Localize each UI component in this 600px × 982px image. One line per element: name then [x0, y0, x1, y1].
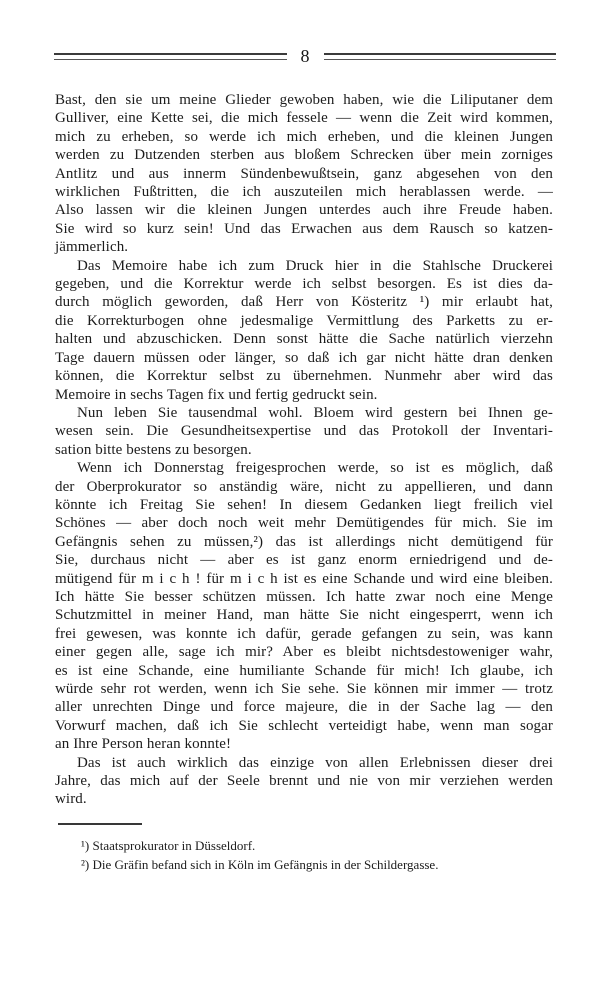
text-line: an Ihre Person heran konnte!	[55, 735, 553, 753]
paragraph: Bast, den sie um meine Glieder gewoben h…	[55, 91, 553, 257]
text-line: es ist eine Schande, eine humiliante Sch…	[55, 662, 553, 680]
text-line: Bast, den sie um meine Glieder gewoben h…	[55, 91, 553, 109]
paragraph: Nun leben Sie tausendmal wohl. Bloem wir…	[55, 404, 553, 459]
page-header: 8	[54, 47, 556, 65]
body-text: Bast, den sie um meine Glieder gewoben h…	[55, 91, 553, 809]
text-line: Antlitz und aus innerm Sündenbewußtsein,…	[55, 165, 553, 183]
page-number: 8	[297, 47, 314, 65]
footnote: ¹) Staatsprokurator in Düsseldorf.	[55, 836, 553, 856]
text-line: Tage dauern müssen oder länger, so daß i…	[55, 349, 553, 367]
text-line: jämmerlich.	[55, 238, 553, 256]
text-line: könnte ich Freitag Sie sehen! In diesem …	[55, 496, 553, 514]
text-line: können, die Korrektur selbst zu übernehm…	[55, 367, 553, 385]
text-line: Ich hätte Sie besser schützen müssen. Ic…	[55, 588, 553, 606]
text-line: würde sehr rot werden, wenn ich Sie sehe…	[55, 680, 553, 698]
text-line: Schutzmittel in meiner Hand, man hätte S…	[55, 606, 553, 624]
text-line: aller unrechten Dinge und force majeure,…	[55, 698, 553, 716]
footnote: ²) Die Gräfin befand sich in Köln im Gef…	[55, 855, 553, 875]
text-line: durch möglich geworden, daß Herr von Kös…	[55, 293, 553, 311]
text-line: werden zu Dutzenden sterben aus bloßem S…	[55, 146, 553, 164]
paragraph: Das ist auch wirklich das einzige von al…	[55, 754, 553, 809]
text-line: Memoire in sechs Tagen fix und fertig ge…	[55, 386, 553, 404]
text-line: der Oberprokurator so anständig wäre, ni…	[55, 478, 553, 496]
text-line: Das ist auch wirklich das einzige von al…	[55, 754, 553, 772]
header-rule-left	[54, 53, 287, 60]
text-line: Jahre, das mich auf der Seele brennt und…	[55, 772, 553, 790]
text-line: Das Memoire habe ich zum Druck hier in d…	[55, 257, 553, 275]
text-line: frei gewesen, was konnte ich dafür, gera…	[55, 625, 553, 643]
text-line: Also lassen wir die kleinen Jungen unter…	[55, 201, 553, 219]
text-line: Wenn ich Donnerstag freigesprochen werde…	[55, 459, 553, 477]
text-line: mütigend für m i c h ! für m i c h ist e…	[55, 570, 553, 588]
text-line: Vorwurf machen, daß ich Sie schlecht ver…	[55, 717, 553, 735]
text-line: Gefängnis sehen zu müssen,²) das ist all…	[55, 533, 553, 551]
text-line: Nun leben Sie tausendmal wohl. Bloem wir…	[55, 404, 553, 422]
text-line: wird.	[55, 790, 553, 808]
paragraph: Wenn ich Donnerstag freigesprochen werde…	[55, 459, 553, 754]
text-line: Sie, durchaus nicht — aber es ist ganz e…	[55, 551, 553, 569]
text-line: wirklichen Fußtritten, die ich auszuteil…	[55, 183, 553, 201]
text-line: die Korrekturbogen ohne jedesmalige Verm…	[55, 312, 553, 330]
text-line: Gulliver, eine Kette sei, die mich fesse…	[55, 109, 553, 127]
header-rule-right	[324, 53, 557, 60]
text-line: gegeben, und die Korrektur werde ich sel…	[55, 275, 553, 293]
text-line: einer gegen alle, sage ich mir? Aber es …	[55, 643, 553, 661]
text-line: wesen sein. Die Gesundheitsexpertise und…	[55, 422, 553, 440]
paragraph: Das Memoire habe ich zum Druck hier in d…	[55, 257, 553, 404]
book-page: 8 Bast, den sie um meine Glieder gewoben…	[0, 0, 600, 982]
text-line: Sie wird so kurz sein! Und das Erwachen …	[55, 220, 553, 238]
text-line: halten und abzuschicken. Denn sonst hätt…	[55, 330, 553, 348]
footnotes: ¹) Staatsprokurator in Düsseldorf.²) Die…	[55, 836, 553, 875]
footnote-separator	[58, 823, 142, 825]
text-line: sation bitte bestens zu besorgen.	[55, 441, 553, 459]
text-line: Schönes — aber doch noch weit mehr Demüt…	[55, 514, 553, 532]
text-line: mich zu erheben, so werde ich mich erheb…	[55, 128, 553, 146]
